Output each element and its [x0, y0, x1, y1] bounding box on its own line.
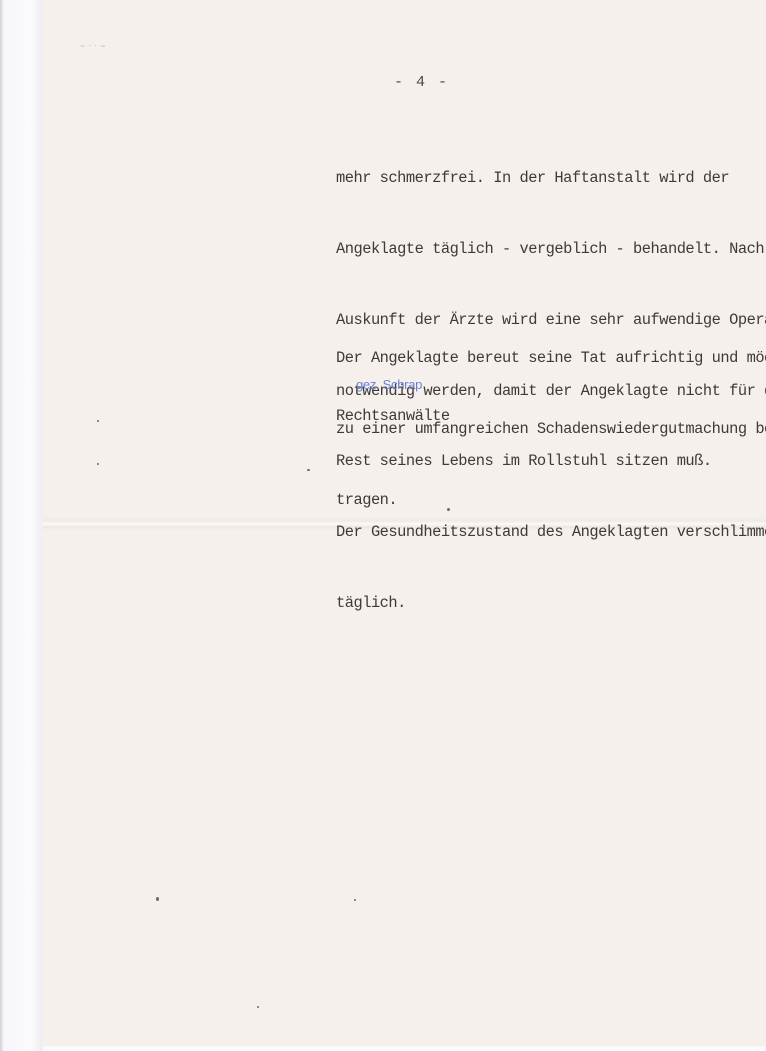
paper-speck: [307, 469, 310, 471]
paper-speck: [97, 463, 99, 465]
paper-speck: [97, 420, 99, 422]
page-number: - 4 -: [394, 74, 449, 91]
paper-speck: [156, 897, 159, 901]
scanner-edge-bottom: [43, 1046, 766, 1051]
paper-speck: [447, 508, 450, 511]
signature-stamp: gez. Schrap: [356, 377, 422, 392]
closing-signature: Rechtsanwälte: [336, 407, 450, 425]
text-line: Der Angeklagte bereut seine Tat aufricht…: [336, 347, 766, 371]
text-line: mehr schmerzfrei. In der Haftanstalt wir…: [336, 167, 766, 191]
paper-speck: [354, 899, 356, 901]
text-line: täglich.: [336, 592, 766, 616]
scanner-edge: [0, 0, 43, 1051]
text-line: tragen.: [336, 489, 766, 513]
header-scribble: ~ · · ~: [80, 43, 107, 50]
paper-speck: [257, 1006, 259, 1008]
text-line: Angeklagte täglich - vergeblich - behand…: [336, 238, 766, 262]
